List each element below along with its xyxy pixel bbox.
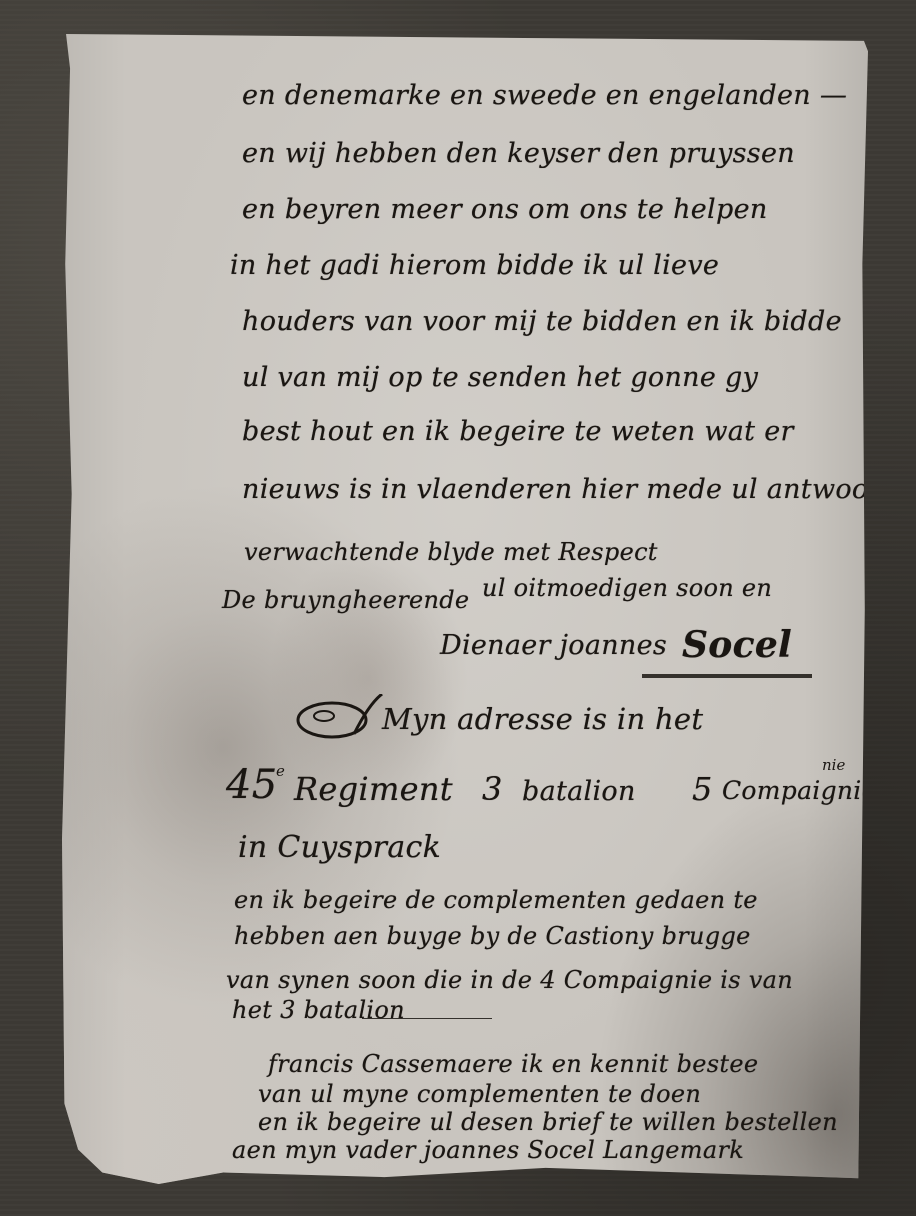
signature-underline [642,674,812,678]
letter-paper: en denemarke en sweede en engelanden — e… [62,34,868,1184]
postscript-rule [362,1018,492,1019]
postscript-line-3: van synen soon die in de 4 Compaignie is… [226,966,793,994]
address-regiment-sup: e [276,762,285,780]
address-battalion-number: 3 [482,770,503,808]
address-company-suffix: nie [822,756,845,774]
address-company-number: 5 [692,770,713,808]
body-line-3: en beyren meer ons om ons te helpen [242,194,768,225]
body-line-6: ul van mij op te senden het gonne gy [242,362,758,393]
postscript-line-4: het 3 batalion [232,996,405,1024]
address-regiment-number: 45 [226,762,278,808]
body-line-2: en wij hebben den keyser den pruyssen [242,138,795,169]
closing-line-2-left: De bruyngheerende [222,586,469,614]
final-line-4: aen myn vader joannes Socel Langemark [232,1136,744,1164]
closing-line-1: verwachtende blyde met Respect [244,538,658,566]
final-line-3: en ik begeire ul desen brief te willen b… [258,1108,838,1136]
address-line-1: Myn adresse is in het [382,702,703,736]
final-line-2: van ul myne complementen te doen [258,1080,701,1108]
body-line-8: nieuws is in vlaenderen hier mede ul ant… [242,474,899,505]
body-line-4: in het gadi hierom bidde ik ul lieve [230,250,719,281]
address-regiment: Regiment [294,770,453,808]
address-battalion: batalion [522,776,636,807]
postscript-line-1: en ik begeire de complementen gedaen te [234,886,758,914]
signature: Socel [682,624,792,666]
closing-line-3: Dienaer joannes [440,630,667,661]
address-company: Compaignie [722,776,877,805]
body-line-1: en denemarke en sweede en engelanden — [242,80,847,111]
postscript-line-2: hebben aen buyge by de Castiony brugge [234,922,751,950]
final-line-1: francis Cassemaere ik en kennit bestee [268,1050,758,1078]
closing-line-2-right: ul oitmoedigen soon en [482,574,772,602]
photo-background: en denemarke en sweede en engelanden — e… [0,0,916,1216]
body-line-5: houders van voor mij te bidden en ik bid… [242,306,842,337]
flourish-m-icon [294,694,384,744]
body-line-7: best hout en ik begeire te weten wat er [242,416,794,447]
address-line-3: in Cuysprack [238,830,441,865]
